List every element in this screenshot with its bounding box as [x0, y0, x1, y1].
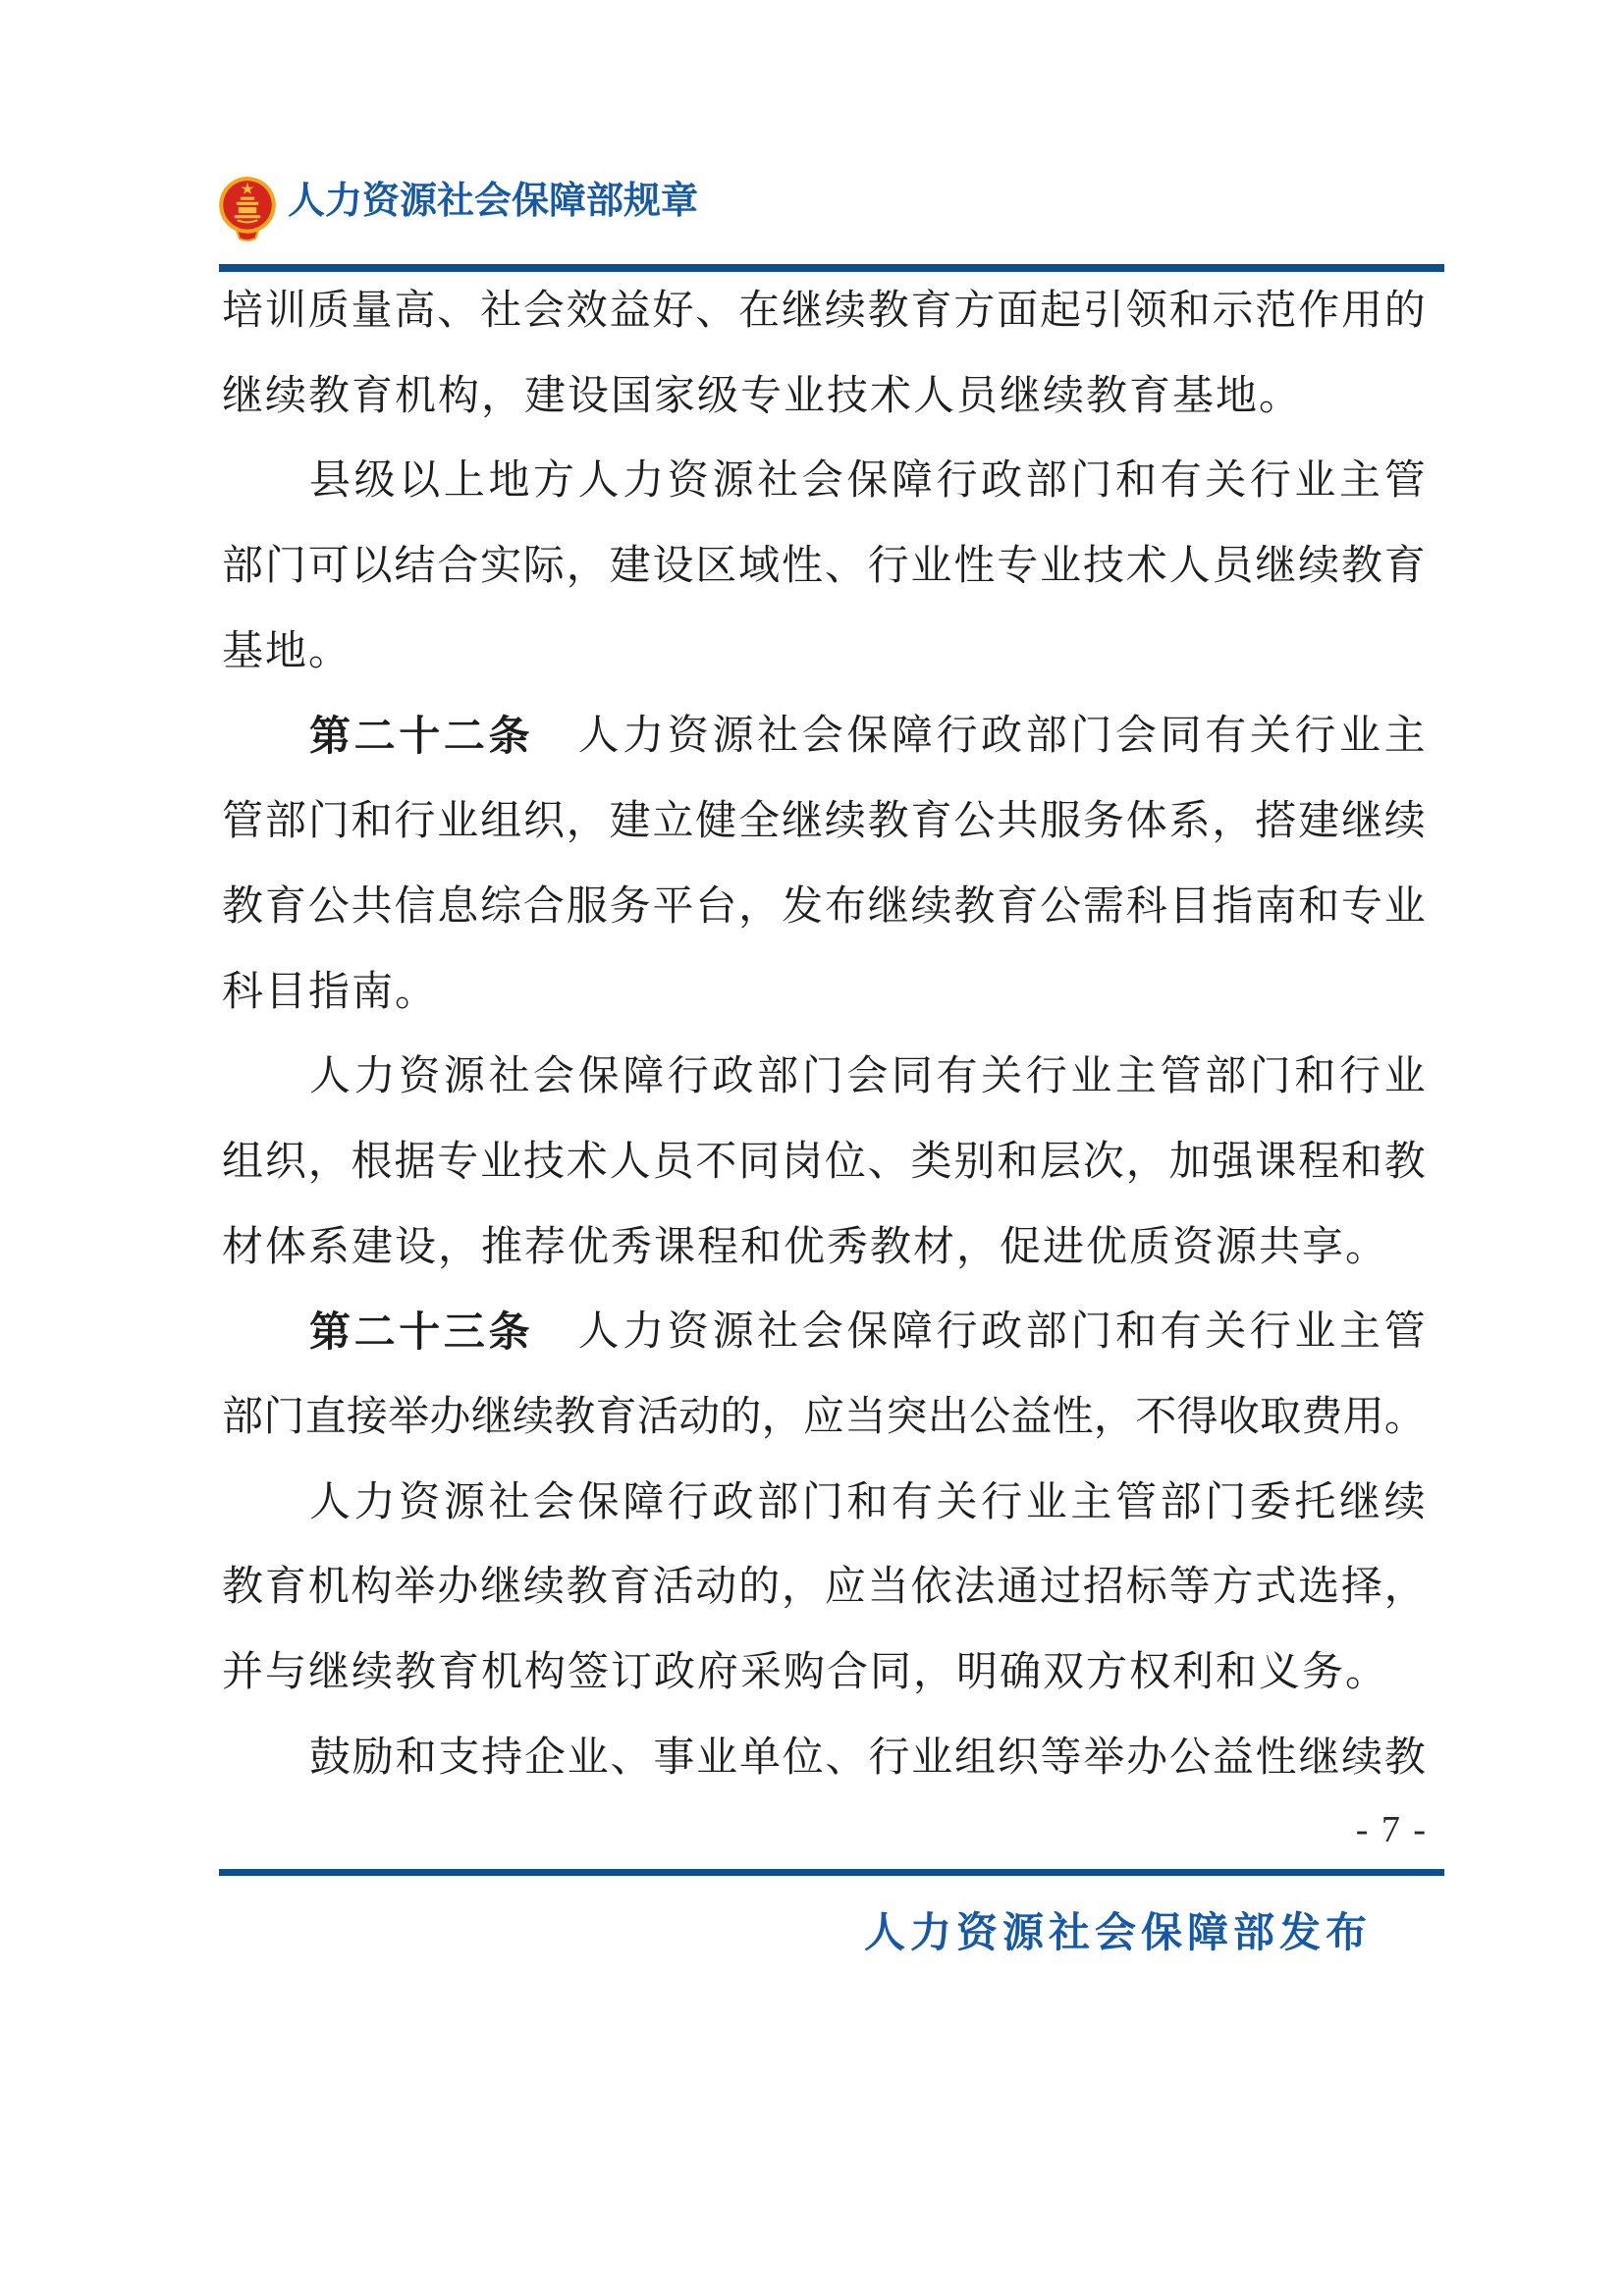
- text-line: 并与继续教育机构签订政府采购合同，明确双方权利和义务。: [222, 1630, 1426, 1716]
- text-line: 基地。: [222, 610, 1426, 695]
- text-line: 材体系建设，推荐优秀课程和优秀教材，促进优质资源共享。: [222, 1205, 1426, 1291]
- text-line: 鼓励和支持企业、事业单位、行业组织等举办公益性继续教: [222, 1716, 1426, 1801]
- footer-rule: [219, 1869, 1444, 1876]
- text-line: 县级以上地方人力资源社会保障行政部门和有关行业主管: [222, 439, 1426, 524]
- document-body: 培训质量高、社会效益好、在继续教育方面起引领和示范作用的继续教育机构，建设国家级…: [222, 269, 1426, 1800]
- text-line: 继续教育机构，建设国家级专业技术人员继续教育基地。: [222, 354, 1426, 440]
- text-line: 人力资源社会保障行政部门会同有关行业主管部门和行业: [222, 1035, 1426, 1120]
- text-line: 部门直接举办继续教育活动的，应当突出公益性，不得收取费用。: [222, 1375, 1426, 1461]
- text-line: 组织，根据专业技术人员不同岗位、类别和层次，加强课程和教: [222, 1120, 1426, 1205]
- text-line: 人力资源社会保障行政部门和有关行业主管部门委托继续: [222, 1461, 1426, 1546]
- text-line: 管部门和行业组织，建立健全继续教育公共服务体系，搭建继续: [222, 779, 1426, 865]
- text-line: 第二十三条 人力资源社会保障行政部门和有关行业主管: [222, 1290, 1426, 1375]
- text-line: 教育公共信息综合服务平台，发布继续教育公需科目指南和专业: [222, 865, 1426, 950]
- document-page: 人力资源社会保障部规章 培训质量高、社会效益好、在继续教育方面起引领和示范作用的…: [0, 0, 1624, 2296]
- text-line: 培训质量高、社会效益好、在继续教育方面起引领和示范作用的: [222, 269, 1426, 354]
- page-number: - 7 -: [1356, 1808, 1428, 1851]
- national-emblem-icon: [217, 176, 278, 242]
- text-line: 教育机构举办继续教育活动的，应当依法通过招标等方式选择，: [222, 1545, 1426, 1630]
- text-line: 部门可以结合实际，建设区域性、行业性专业技术人员继续教育: [222, 524, 1426, 610]
- text-line: 科目指南。: [222, 950, 1426, 1036]
- text-line: 第二十二条 人力资源社会保障行政部门会同有关行业主: [222, 694, 1426, 779]
- header-title: 人力资源社会保障部规章: [288, 178, 698, 225]
- publisher-label: 人力资源社会保障部发布: [864, 1908, 1372, 1957]
